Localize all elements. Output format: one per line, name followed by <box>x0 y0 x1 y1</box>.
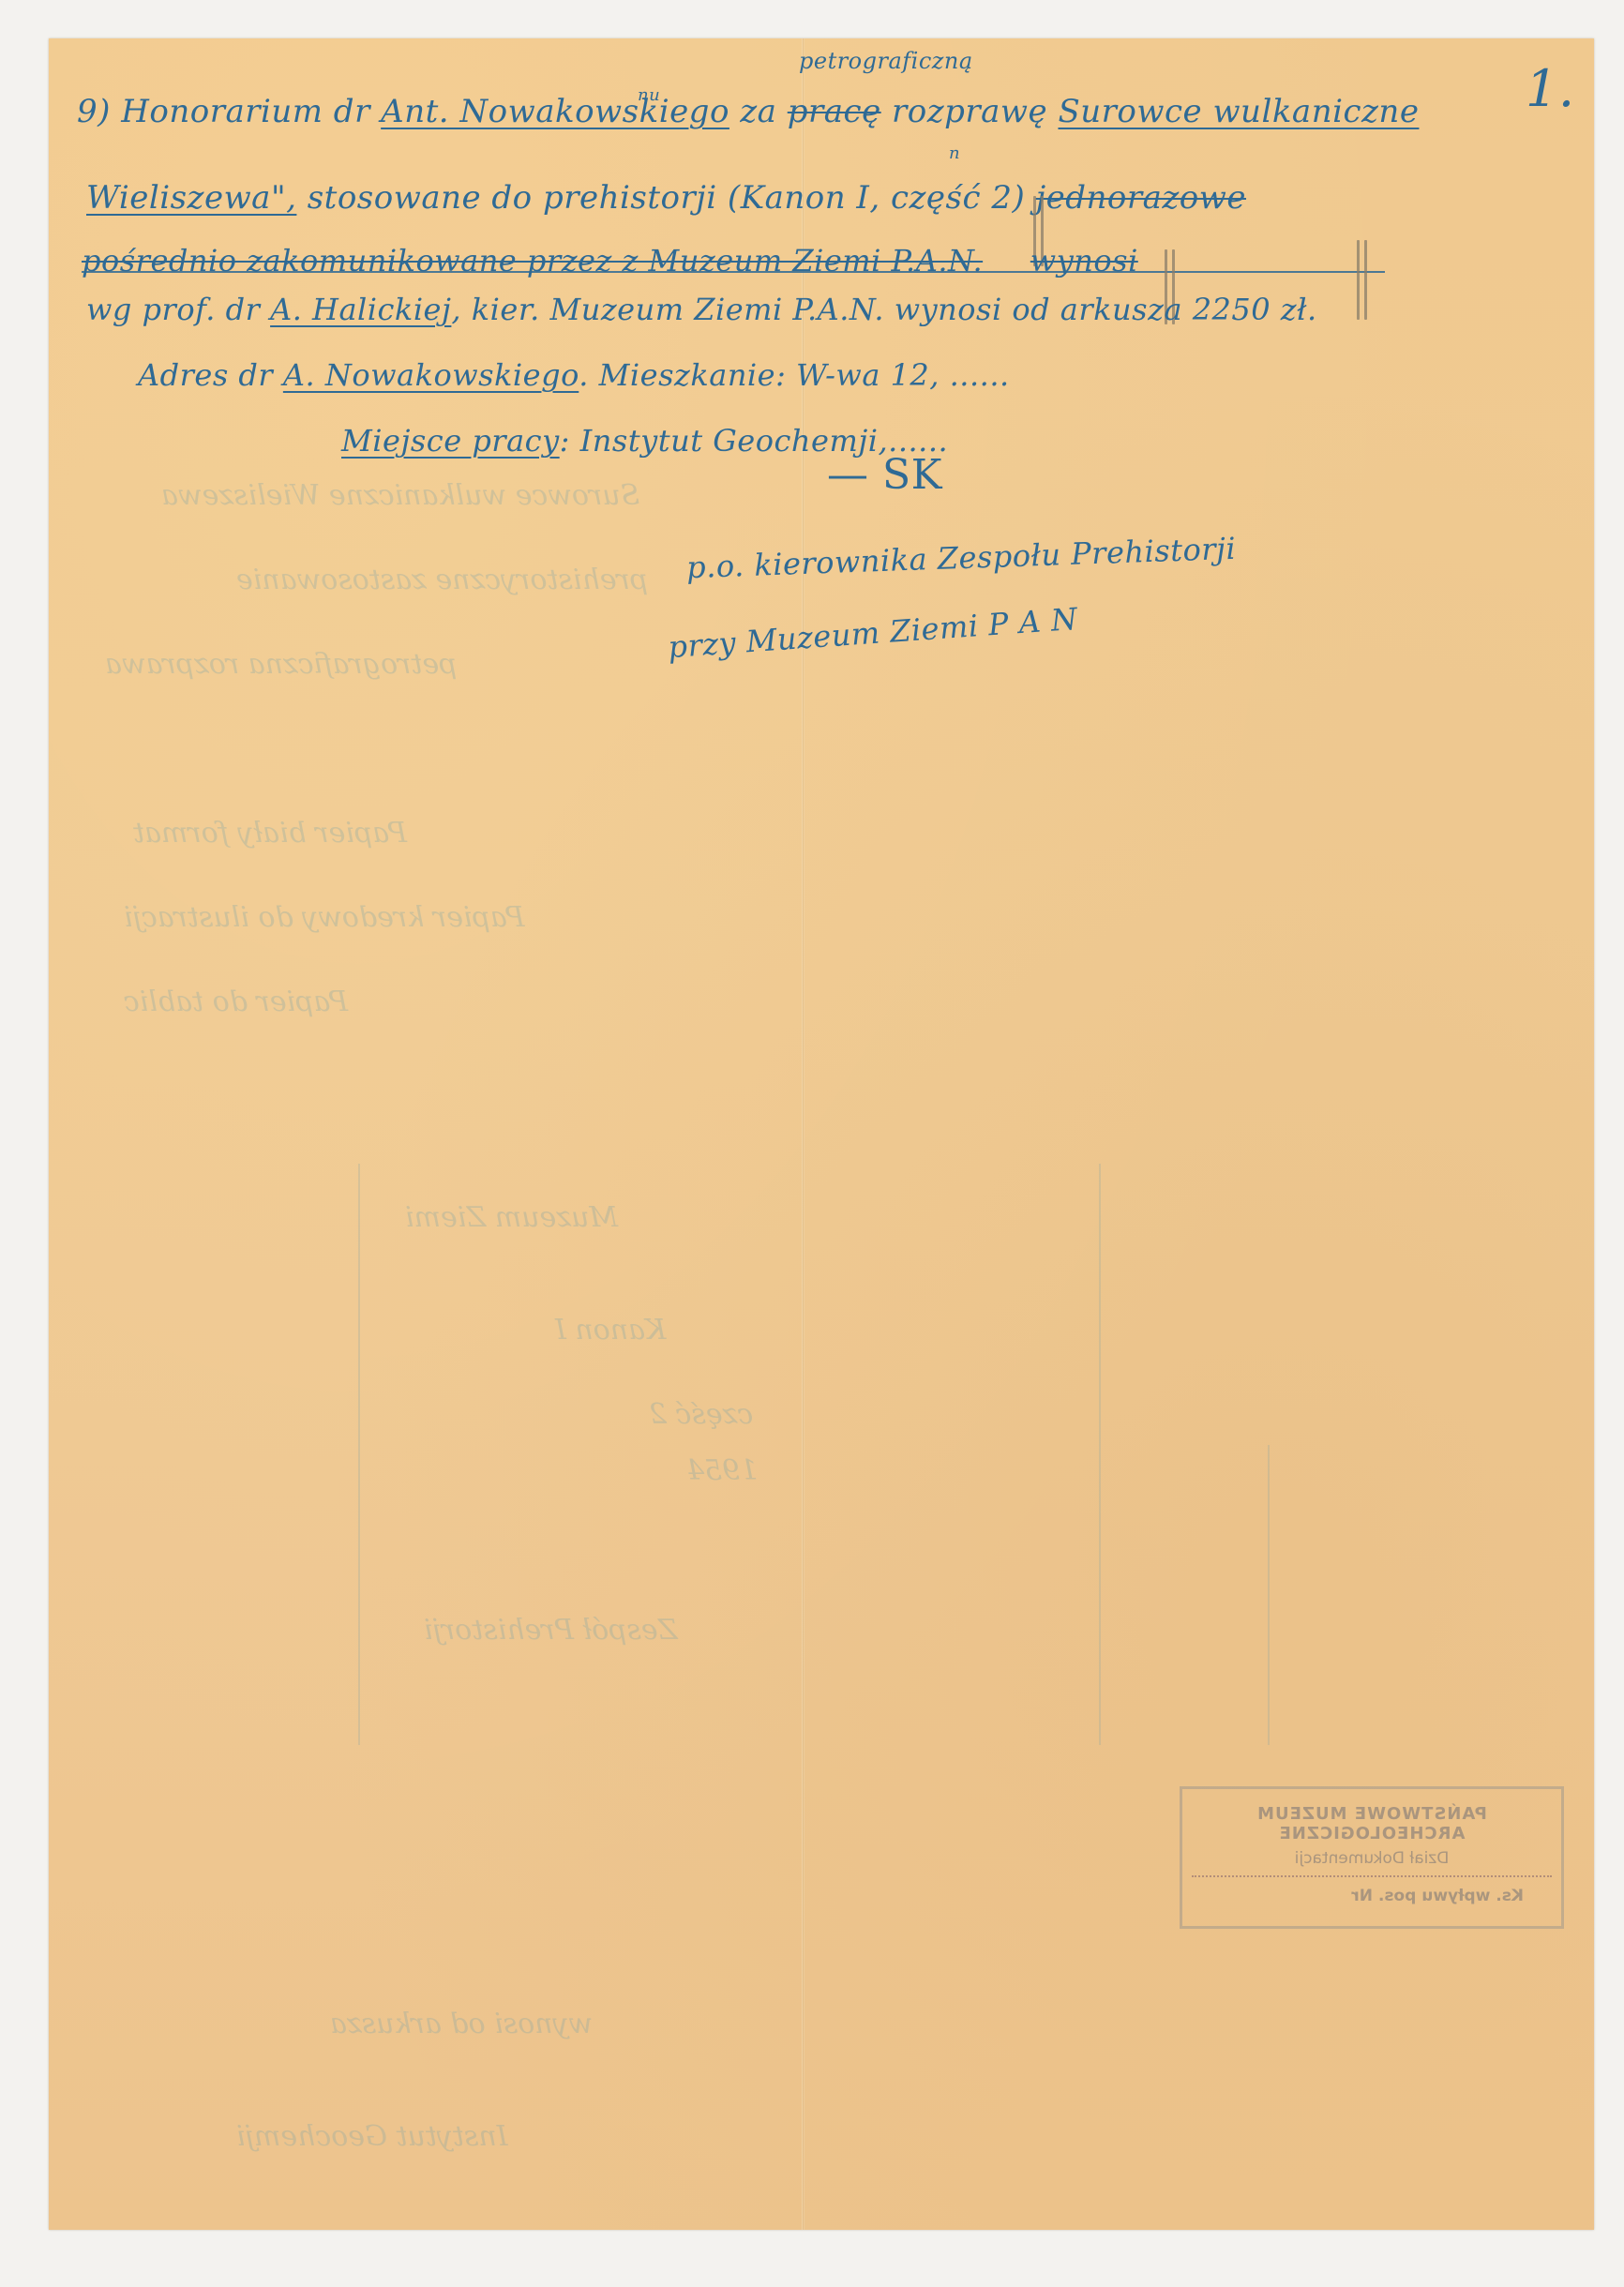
workplace-label: Miejsce pracy <box>341 423 560 459</box>
insertion-above-name: nu <box>638 85 660 105</box>
bleed-through-rule <box>1099 1164 1101 1745</box>
bleed-through-text: Papier do tablic <box>124 986 348 1018</box>
item-number: 9) <box>77 93 111 130</box>
page-number-mark: 1. <box>1526 59 1575 118</box>
struck-jednorazowe: jednorazowe <box>1036 179 1246 217</box>
author-name: Ant. Nowakowskiego <box>381 93 729 130</box>
item-line-4: wg prof. dr A. Halickiej, kier. Muzeum Z… <box>86 292 1317 327</box>
strike-through-line <box>82 271 1385 273</box>
bleed-through-text: część 2 <box>649 1398 753 1431</box>
bleed-through-text: petrograficzna rozprawa <box>105 648 457 681</box>
wg-prof-prefix: wg prof. dr <box>86 292 260 327</box>
struck-word: pracę <box>788 93 881 130</box>
item-line-3-struck: pośrednio zakomunikowane przez z Muzeum … <box>82 243 1138 278</box>
address-name: A. Nowakowskiego <box>283 357 579 393</box>
bleed-through-text: Instytut Geochemji <box>236 2120 508 2153</box>
item-line-5: Adres dr A. Nowakowskiego. Mieszkanie: W… <box>138 357 1010 393</box>
pencil-bracket-mark <box>1357 240 1360 320</box>
document-page: Surowce wulkaniczne Wieliszewa prehistor… <box>49 38 1594 2230</box>
item-line-2: Wieliszewa", stosowane do prehistorji (K… <box>86 179 1246 217</box>
signature-line-1: p.o. kierownika Zespołu Prehistorji <box>686 531 1237 585</box>
bleed-through-rule <box>358 1164 360 1745</box>
insertion-petrograficzna: petrograficzną <box>799 48 973 74</box>
address-prefix: Adres dr <box>138 357 273 393</box>
bleed-through-text: Kanon I <box>555 1314 666 1347</box>
application-text: stosowane do prehistorji (Kanon I, część… <box>308 179 1026 217</box>
word-za: za <box>740 93 776 130</box>
residence-text: . Mieszkanie: W-wa 12, ...... <box>579 357 1009 393</box>
word-rozprawe: rozprawę <box>892 93 1047 130</box>
insertion-caret: n <box>949 143 960 163</box>
stamp-line-2: Dział Dokumentacji <box>1182 1849 1561 1868</box>
struck-wynosi: wynosi <box>1030 243 1138 278</box>
item-line-1: 9) Honorarium dr Ant. Nowakowskiego za p… <box>77 93 1419 130</box>
initials: — SK <box>827 451 942 499</box>
bleed-through-text: prehistoryczne zastosowanie <box>236 564 648 596</box>
stamp-line-3: Ks. wpływu pos. Nr <box>1182 1887 1561 1905</box>
work-title: Surowce wulkaniczne <box>1058 93 1419 130</box>
bleed-through-text: Papier kredowy do ilustracji <box>124 901 525 934</box>
bleed-through-text: Muzeum Ziemi <box>405 1201 618 1234</box>
bleed-through-text: Zespół Prehistorji <box>424 1614 677 1647</box>
bleed-through-text: 1954 <box>686 1454 758 1487</box>
fee-statement: , kier. Muzeum Ziemi P.A.N. wynosi od ar… <box>451 292 1316 327</box>
pencil-bracket-mark <box>1364 240 1367 320</box>
bleed-through-rule <box>1268 1445 1270 1745</box>
stamp-line-1: PAŃSTWOWE MUZEUM ARCHEOLOGICZNE <box>1182 1804 1561 1843</box>
bleed-through-text: wynosi od arkusza <box>330 2008 593 2040</box>
scan-background: Surowce wulkaniczne Wieliszewa prehistor… <box>0 0 1624 2287</box>
professor-name: A. Halickiej <box>270 292 451 327</box>
bleed-through-text: Papier biały format <box>133 817 407 850</box>
honorarium-prefix: Honorarium dr <box>121 93 370 130</box>
signature-line-2: przy Muzeum Ziemi P A N <box>667 601 1078 665</box>
stamp-divider <box>1192 1875 1552 1877</box>
struck-line: pośrednio zakomunikowane przez z Muzeum … <box>82 243 983 278</box>
work-title-cont: Wieliszewa", <box>86 179 296 217</box>
bleed-through-text: Surowce wulkaniczne Wieliszewa <box>161 479 639 512</box>
archive-stamp-mirrored: PAŃSTWOWE MUZEUM ARCHEOLOGICZNE Dział Do… <box>1180 1786 1564 1929</box>
